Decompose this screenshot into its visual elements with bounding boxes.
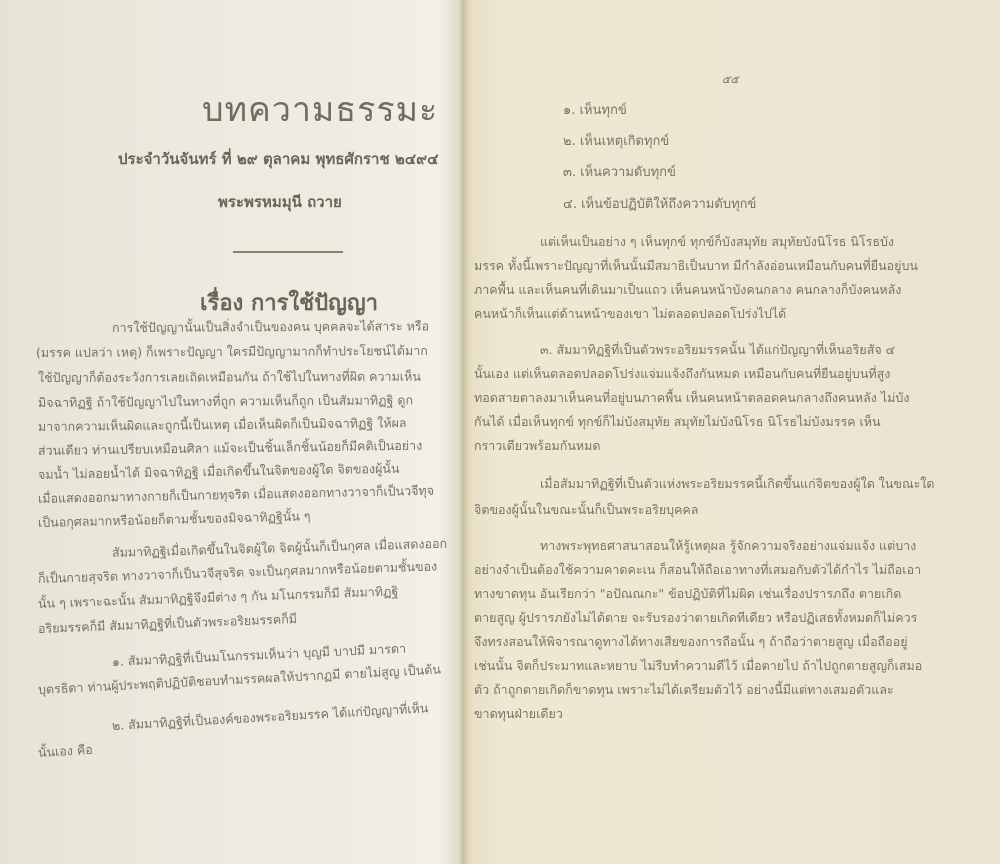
body-line: มรรค ทั้งนี้เพราะปัญญาที่เห็นนั้นมีสมาธิ… xyxy=(474,256,918,276)
list-item: ๓. เห็นความดับทุกข์ xyxy=(563,161,676,182)
body-line: ทอดสายตาลงมาเห็นคนที่อยู่บนภาคพื้น เห็นค… xyxy=(474,388,909,408)
body-line: จิตของผู้นั้นในขณะนั้นก็เป็นพระอริยบุคคล xyxy=(474,500,698,520)
body-line: กราวเดียวพร้อมกันหมด xyxy=(474,436,600,456)
body-line: นั้นเอง แต่เห็นตลอดปลอดโปร่งแจ่มแจ้งถึงก… xyxy=(474,364,890,384)
body-line: ทางขาดทุน อันเรียกว่า "อปัณณกะ" ข้อปฏิบั… xyxy=(474,584,901,604)
body-line: มิจฉาทิฏฐิ ถ้าใช้ปัญญาไปในทางที่ถูก ความ… xyxy=(38,390,413,413)
page-number: ๕๕ xyxy=(722,70,739,88)
body-line: จึงทรงสอนให้พิจารณาดูทางได้ทางเสียของการ… xyxy=(474,632,908,652)
body-line: เมื่อแสดงออกมาทางกายก็เป็นกายทุจริต เมื่… xyxy=(38,481,434,509)
body-line: เมื่อสัมมาทิฏฐิที่เป็นตัวแห่งพระอริยมรรค… xyxy=(540,474,935,494)
body-line: อย่างจำเป็นต้องใช้ความคาดคะเน ก็สอนให้ถื… xyxy=(474,560,921,580)
body-line: ขาดทุนฝ่ายเดียว xyxy=(474,704,563,724)
body-line: ใช้ปัญญาก็ต้องระวังการเลยเถิดเหมือนกัน ถ… xyxy=(38,367,421,388)
body-line: ส่วนเดียว ท่านเปรียบเหมือนศิลา แม้จะเป็น… xyxy=(38,436,423,461)
body-line: ตายสูญ ผู้ปรารภยังไม่ได้ตาย จะรับรองว่าต… xyxy=(474,608,917,628)
body-line: เช่นนั้น จิตก็ประมาทและหยาบ ไม่รีบทำความ… xyxy=(474,656,922,676)
list-item: ๒. เห็นเหตุเกิดทุกข์ xyxy=(563,130,669,151)
body-line: กันได้ เมื่อเห็นทุกข์ ทุกข์ก็ไม่บังสมุทั… xyxy=(474,412,881,432)
left-page: บทความธรรมะ ประจำวันจันทร์ ที่ ๒๙ ตุลาคม… xyxy=(0,0,462,864)
body-line: ๒. สัมมาทิฏฐิที่เป็นองค์ของพระอริยมรรค ไ… xyxy=(111,698,428,736)
body-line: จมน้ำ ไม่ลอยน้ำได้ มิจฉาทิฏฐิ เมื่อเกิดข… xyxy=(38,459,400,485)
body-line: มาจากความเห็นผิดและถูกนี้เป็นเหตุ เมื่อเ… xyxy=(38,413,407,437)
body-line: คนหน้าก็เห็นแต่ด้านหน้าของเขา ไม่ตลอดปลอ… xyxy=(474,304,786,324)
book-spread: บทความธรรมะ ประจำวันจันทร์ ที่ ๒๙ ตุลาคม… xyxy=(0,0,1000,864)
body-line: แต่เห็นเป็นอย่าง ๆ เห็นทุกข์ ทุกข์ก็บังส… xyxy=(540,232,894,252)
body-line: เป็นอกุศลมากหรือน้อยก็ตามชั้นของมิจฉาทิฏ… xyxy=(38,506,311,533)
book-gutter xyxy=(458,0,468,864)
right-page xyxy=(462,0,1000,864)
body-line: การใช้ปัญญานั้นเป็นสิ่งจำเป็นของคน บุคคล… xyxy=(112,316,429,338)
body-line: อริยมรรคก็มี สัมมาทิฏฐิที่เป็นตัวพระอริย… xyxy=(38,609,298,639)
body-line: (มรรค แปลว่า เหตุ) ก็เพราะปัญญา ใครมีปัญ… xyxy=(36,341,428,363)
left-page-body: การใช้ปัญญานั้นเป็นสิ่งจำเป็นของคน บุคคล… xyxy=(0,0,462,864)
body-line: ตัว ถ้าถูกตายเกิดก็ขาดทุน เพราะไม่ได้เตร… xyxy=(474,680,894,700)
list-item: ๑. เห็นทุกข์ xyxy=(563,99,627,120)
body-line: นั้นเอง คือ xyxy=(37,740,93,763)
body-line: ๓. สัมมาทิฏฐิที่เป็นตัวพระอริยมรรคนั้น ไ… xyxy=(540,340,895,360)
body-line: ทางพระพุทธศาสนาสอนให้รู้เหตุผล รู้จักควา… xyxy=(540,536,916,556)
body-line: ภาคพื้น และเห็นคนที่เดินมาเป็นแถว เห็นคน… xyxy=(474,280,901,300)
list-item: ๔. เห็นข้อปฏิบัติให้ถึงความดับทุกข์ xyxy=(563,193,756,214)
